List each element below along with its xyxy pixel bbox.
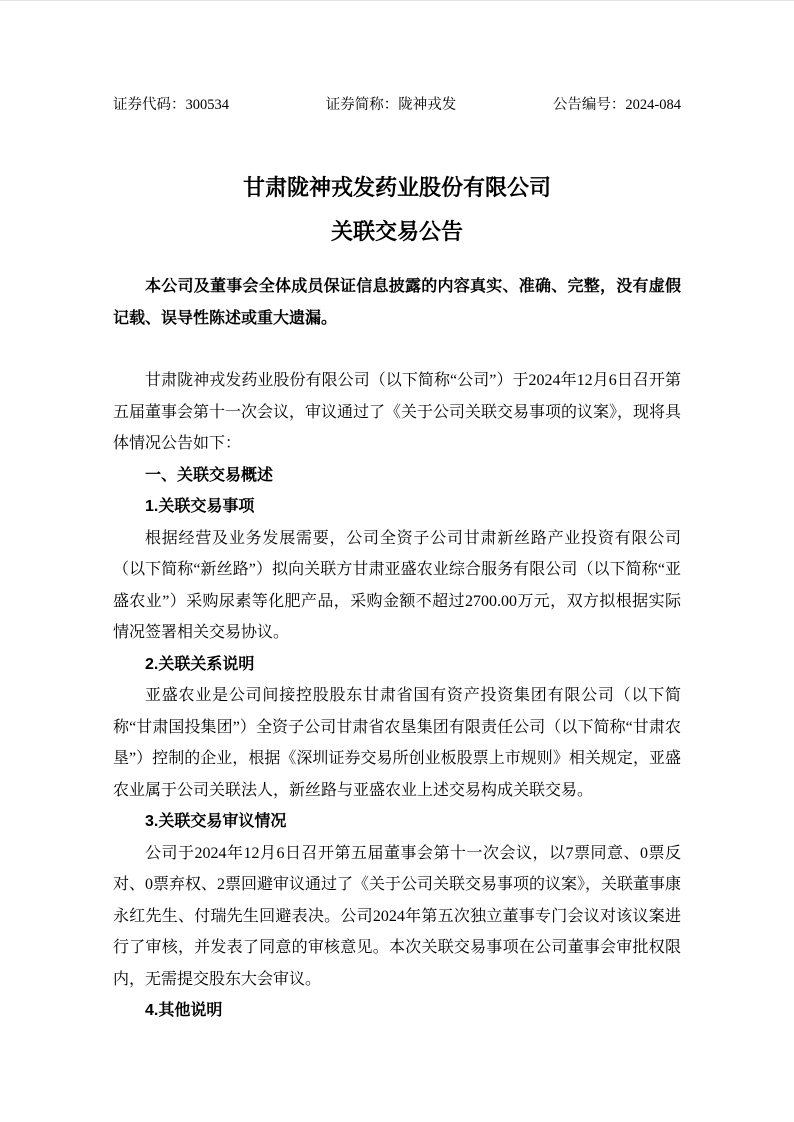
- subsection-1-paragraph: 根据经营及业务发展需要，公司全资子公司甘肃新丝路产业投资有限公司（以下简称“新丝…: [113, 523, 681, 649]
- stock-code: 证券代码：300534: [113, 96, 229, 114]
- disclaimer-statement: 本公司及董事会全体成员保证信息披露的内容真实、准确、完整，没有虚假记载、误导性陈…: [113, 271, 681, 334]
- announcement-page: 证券代码：300534 证券简称：陇神戎发 公告编号：2024-084 甘肃陇神…: [0, 0, 794, 1122]
- subsection-2-paragraph: 亚盛农业是公司间接控股股东甘肃省国有资产投资集团有限公司（以下简称“甘肃国投集团…: [113, 680, 681, 806]
- stock-name: 证券简称：陇神戎发: [326, 96, 457, 114]
- document-header: 证券代码：300534 证券简称：陇神戎发 公告编号：2024-084: [113, 96, 681, 114]
- document-title: 甘肃陇神戎发药业股份有限公司 关联交易公告: [113, 166, 681, 254]
- announcement-number: 公告编号：2024-084: [553, 96, 681, 114]
- subsection-3-heading: 3.关联交易审议情况: [113, 806, 681, 838]
- section-1-heading: 一、关联交易概述: [113, 460, 681, 492]
- subsection-4-heading: 4.其他说明: [113, 995, 681, 1027]
- announcement-type: 关联交易公告: [113, 210, 681, 254]
- company-name: 甘肃陇神戎发药业股份有限公司: [113, 166, 681, 210]
- page-content: 证券代码：300534 证券简称：陇神戎发 公告编号：2024-084 甘肃陇神…: [113, 1, 681, 1027]
- subsection-2-heading: 2.关联关系说明: [113, 649, 681, 681]
- document-body: 甘肃陇神戎发药业股份有限公司（以下简称“公司”）于2024年12月6日召开第五届…: [113, 365, 681, 1027]
- subsection-3-paragraph: 公司于2024年12月6日召开第五届董事会第十一次会议，以7票同意、0票反对、0…: [113, 838, 681, 996]
- intro-paragraph: 甘肃陇神戎发药业股份有限公司（以下简称“公司”）于2024年12月6日召开第五届…: [113, 365, 681, 460]
- subsection-1-heading: 1.关联交易事项: [113, 491, 681, 523]
